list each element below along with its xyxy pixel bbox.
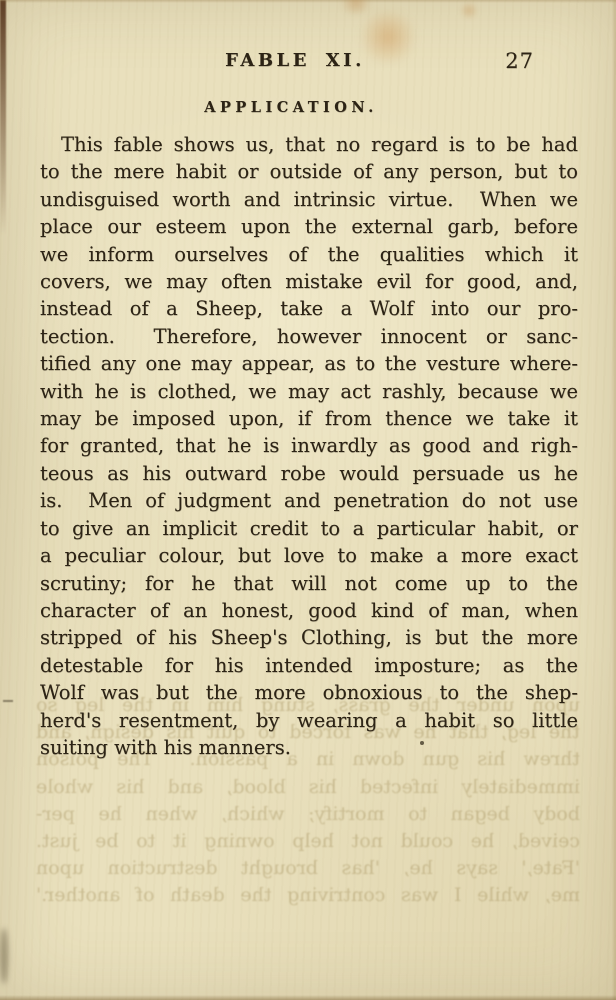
text-line: me, while I was contriving the death of … (36, 882, 580, 909)
text-line: a peculiar colour, but love to make a mo… (40, 542, 578, 569)
foxing-stain (459, 2, 479, 19)
text-line: detestable for his intended imposture; a… (40, 652, 578, 679)
text-line: instead of a Sheep, take a Wolf into our… (40, 295, 578, 322)
section-heading: APPLICATION. (204, 99, 378, 116)
text-line: character of an honest, good kind of man… (40, 597, 578, 624)
text-line: body began to mortify; which, when he pe… (36, 801, 580, 828)
page-number: 27 (505, 49, 534, 73)
text-line: Wolf was but the more obnoxious to the s… (40, 679, 578, 706)
text-line: tified any one may appear, as to the ves… (40, 350, 578, 377)
scan-edge-bottom (0, 995, 616, 1000)
book-page-scan: upon under the grass, stung him in the l… (0, 0, 616, 1000)
text-line: with he is clothed, we may act rashly, b… (40, 378, 578, 405)
scan-edge-right (612, 0, 616, 1000)
text-line: This fable shows us, that no regard is t… (40, 131, 578, 158)
text-line: herd's resentment, by wearing a habit so… (40, 707, 578, 734)
text-line: we inform ourselves of the qualities whi… (40, 241, 578, 268)
running-title: FABLE XI. (225, 50, 365, 71)
text-line: immediately infected his blood, and his … (36, 774, 580, 801)
text-line: ceived, he could not help owning it to b… (36, 828, 580, 855)
page-header: FABLE XI. (40, 50, 578, 71)
text-line: 'Fate,' says he, 'has brought destructio… (36, 855, 580, 882)
text-line: to give an implicit credit to a particul… (40, 515, 578, 542)
foxing-stain (356, 10, 420, 64)
text-line: stripped of his Sheep's Clothing, is but… (40, 624, 578, 651)
text-line: teous as his outward robe would persuade… (40, 460, 578, 487)
text-line: covers, we may often mistake evil for go… (40, 268, 578, 295)
text-line: scrutiny; for he that will not come up t… (40, 570, 578, 597)
scan-edge-left (0, 0, 6, 235)
text-line: suiting with his manners. (40, 734, 578, 761)
text-line: is. Men of judgment and penetration do n… (40, 487, 578, 514)
section-heading-row: APPLICATION. (40, 97, 578, 116)
scan-edge-top (0, 0, 616, 3)
scan-corner-mark (0, 928, 8, 984)
text-line: may be imposed upon, if from thence we t… (40, 405, 578, 432)
text-line: for granted, that he is inwardly as good… (40, 432, 578, 459)
text-line: to the mere habit or outside of any pers… (40, 158, 578, 185)
text-line: place our esteem upon the external garb,… (40, 213, 578, 240)
foxing-stain (338, 0, 374, 14)
application-paragraph: This fable shows us, that no regard is t… (40, 131, 578, 761)
text-line: tection. Therefore, however innocent or … (40, 323, 578, 350)
text-line: undisguised worth and intrinsic virtue. … (40, 186, 578, 213)
margin-pencil-dash (3, 700, 13, 702)
